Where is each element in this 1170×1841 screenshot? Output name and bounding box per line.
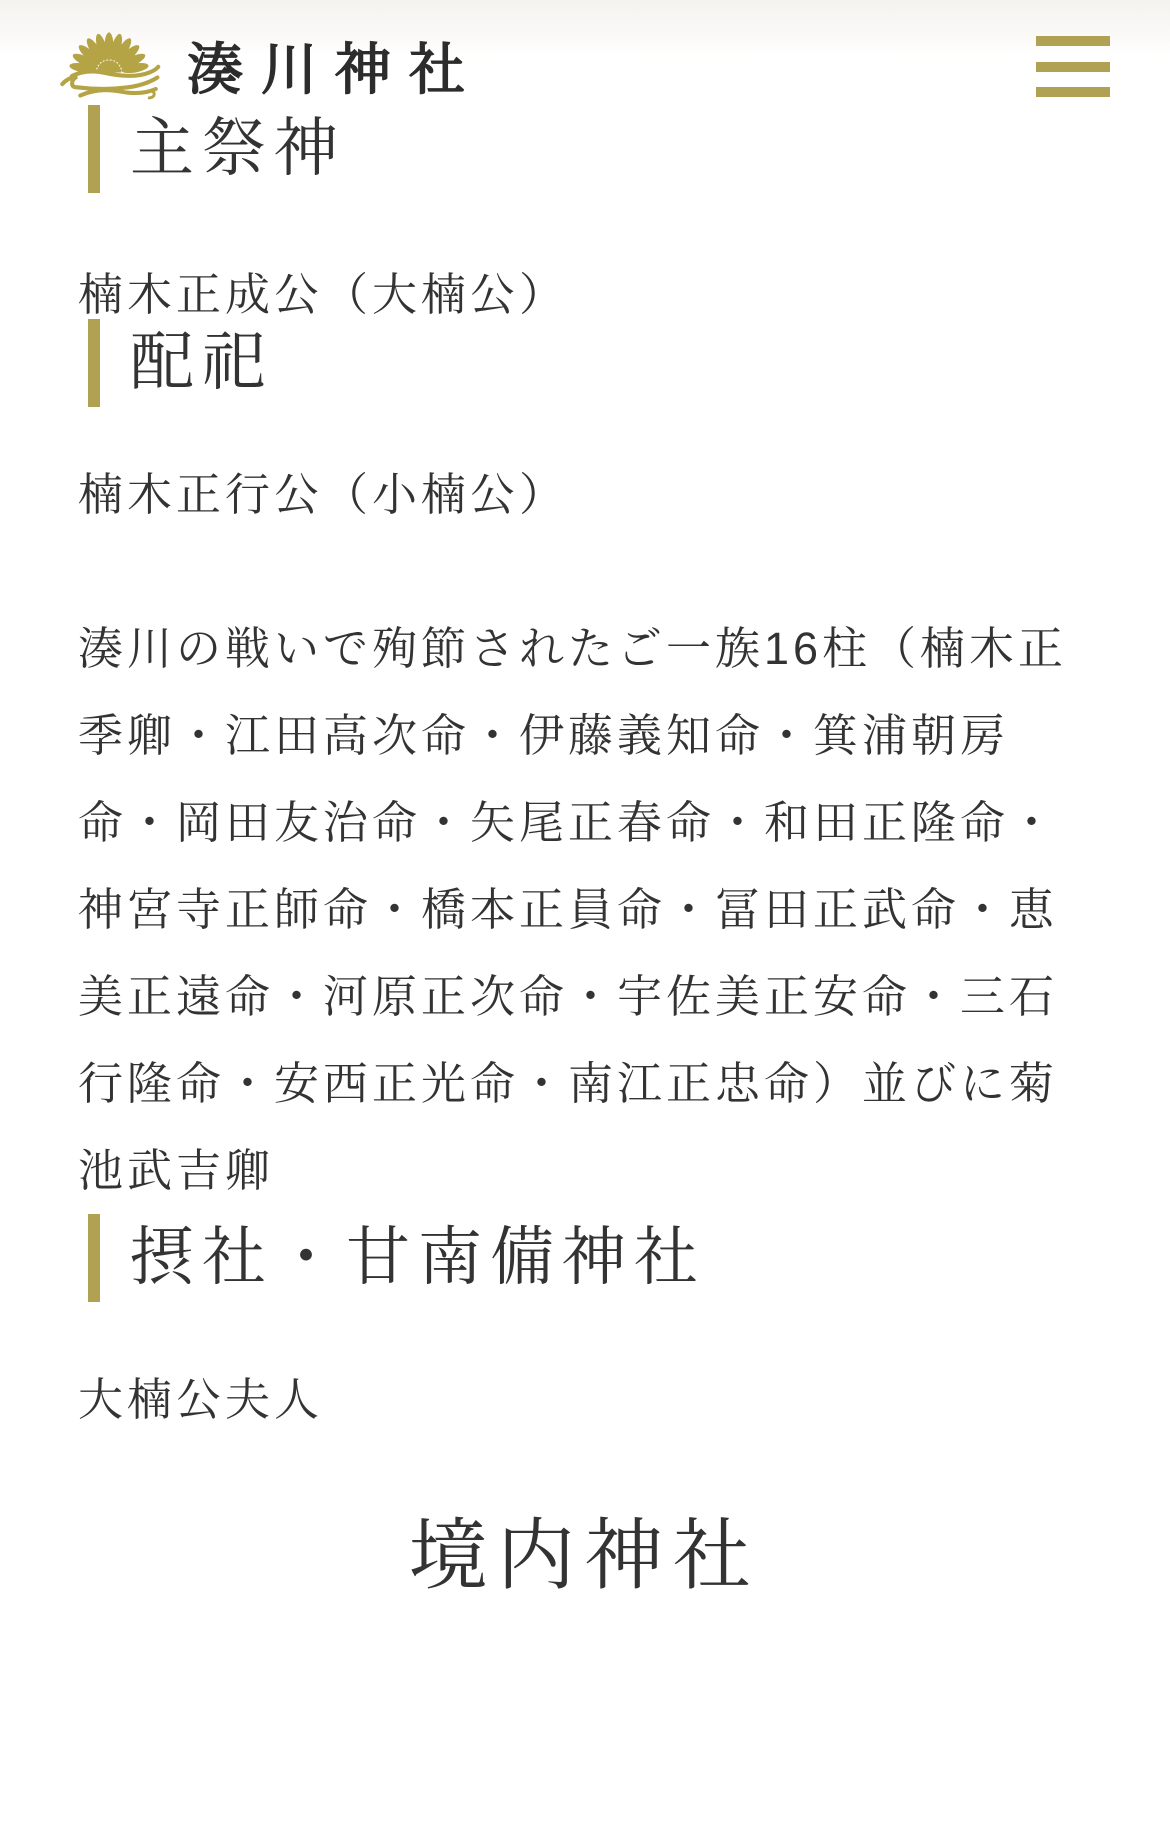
kikusui-crest-icon xyxy=(55,25,163,107)
section-heading-keidai-jinja: 境内神社 xyxy=(78,1509,1092,1603)
page-content: 主祭神 楠木正成公（大楠公） 配祀 楠木正行公（小楠公） 湊川の戦いで殉節された… xyxy=(0,105,1170,1603)
hamburger-bar xyxy=(1036,87,1110,97)
hamburger-bar xyxy=(1036,36,1110,46)
section-heading-main-deity: 主祭神 xyxy=(88,105,1092,193)
sessha-deity-name: 大楠公夫人 xyxy=(78,1376,1092,1424)
hamburger-bar xyxy=(1036,62,1110,72)
haishi-deity-name: 楠木正行公（小楠公） xyxy=(78,471,1092,519)
haishi-deities-paragraph: 湊川の戦いで殉節されたご一族16柱（楠木正季卿・江田高次命・伊藤義知命・箕浦朝房… xyxy=(78,605,1092,1214)
hamburger-menu-icon[interactable] xyxy=(1036,36,1110,97)
site-title: 湊川神社 xyxy=(187,26,483,106)
site-header: 湊川神社 xyxy=(0,0,1170,105)
site-logo-link[interactable]: 湊川神社 xyxy=(55,25,1110,107)
section-heading-haishi: 配祀 xyxy=(88,319,1092,407)
section-heading-sessha-kannabi: 摂社・甘南備神社 xyxy=(88,1214,1092,1302)
main-deity-name: 楠木正成公（大楠公） xyxy=(78,271,1092,319)
